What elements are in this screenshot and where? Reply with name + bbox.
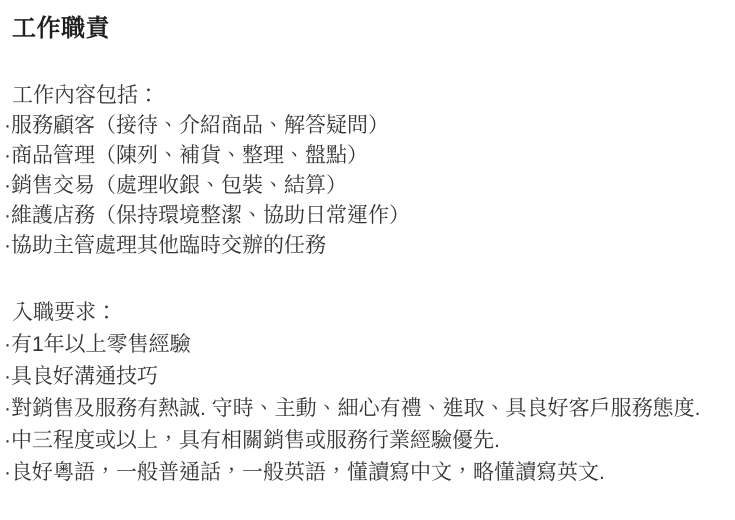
requirement-item-communication-skills: ·具良好溝通技巧 — [12, 361, 731, 393]
requirement-item-languages: ·良好粵語，一般普通話，一般英語，懂讀寫中文，略懂讀寫英文. — [12, 457, 731, 489]
page-title: 工作職責 — [12, 14, 731, 43]
duty-item-serve-customers: ·服務顧客（接待、介紹商品、解答疑問） — [12, 111, 731, 141]
requirement-item-education-level: ·中三程度或以上，具有相關銷售或服務行業經驗優先. — [12, 425, 731, 457]
duties-section-heading: 工作內容包括： — [12, 81, 731, 111]
job-description-page: 工作職責 工作內容包括： ·服務顧客（接待、介紹商品、解答疑問） ·商品管理（陳… — [0, 0, 735, 489]
requirement-item-service-attitude: ·對銷售及服務有熱誠. 守時、主動、細心有禮、進取、具良好客戶服務態度. — [12, 393, 731, 425]
requirements-section-heading: 入職要求： — [12, 297, 731, 329]
duty-item-assist-supervisor: ·協助主管處理其他臨時交辦的任務 — [12, 231, 731, 261]
requirement-item-retail-experience: ·有1年以上零售經驗 — [12, 329, 731, 361]
requirements-section: 入職要求： ·有1年以上零售經驗 ·具良好溝通技巧 ·對銷售及服務有熱誠. 守時… — [12, 297, 731, 489]
duty-item-store-maintenance: ·維護店務（保持環境整潔、協助日常運作） — [12, 201, 731, 231]
duty-item-sales-transactions: ·銷售交易（處理收銀、包裝、結算） — [12, 171, 731, 201]
duties-section: 工作內容包括： ·服務顧客（接待、介紹商品、解答疑問） ·商品管理（陳列、補貨、… — [12, 81, 731, 261]
duty-item-merchandise-management: ·商品管理（陳列、補貨、整理、盤點） — [12, 141, 731, 171]
